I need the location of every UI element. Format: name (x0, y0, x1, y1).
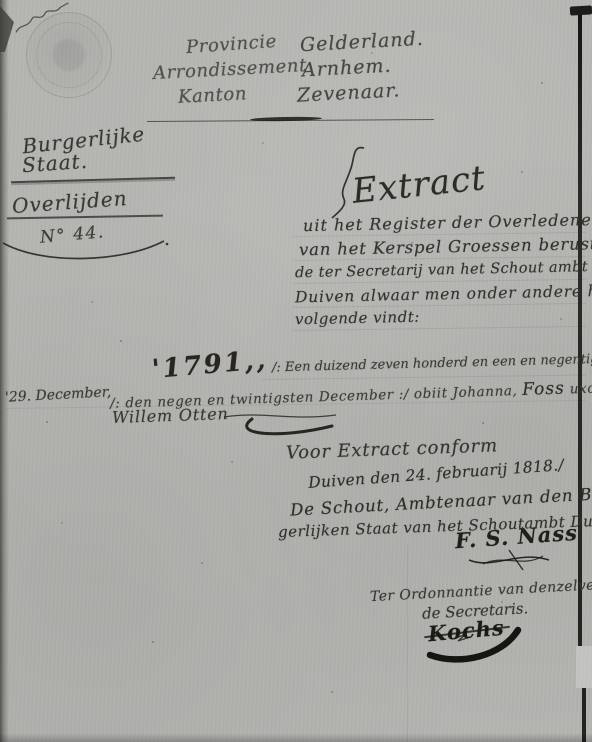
attestation-line: Voor Extract conform (286, 435, 499, 463)
canton-value: Zevenaar. (296, 79, 400, 106)
margin-section-overlijden: Overlijden (11, 186, 128, 218)
canton-label: Kanton (177, 83, 247, 108)
margin-register-title-line2: Staat. (21, 149, 88, 178)
extract-body-line: volgende vindt: (295, 308, 420, 329)
entry-husband-name: Willem Otten (112, 404, 229, 427)
entry-name-foss: Foss (522, 379, 565, 400)
page-right-edge-gap (576, 646, 592, 688)
page-bottom-shadow (0, 733, 592, 742)
arrondissement-label: Arrondissement (153, 55, 308, 84)
page-right-edge-line (578, 13, 582, 646)
entry-year: '1791,, (151, 345, 269, 385)
entry-flourish (222, 411, 340, 439)
arrondissement-value: Arnhem. (301, 55, 392, 82)
margin-underline (11, 177, 175, 184)
page-left-edge (0, 0, 9, 742)
paper-speckles (0, 0, 2, 2)
signature-flourish-heavy (420, 622, 528, 668)
entry-year-gloss: /: Een duizend zeven honderd en een en n… (272, 352, 592, 376)
extract-heading: Extract (350, 158, 487, 212)
document-page: Provincie Gelderland. Arrondissement Arn… (0, 0, 592, 742)
ink-blot (570, 5, 592, 15)
margin-flourish (0, 238, 170, 266)
entry-death-text: uxor. (570, 380, 592, 397)
extract-body-line: de ter Secretarij van het Schout ambt te (295, 259, 592, 282)
signature-flourish (463, 548, 555, 574)
province-label: Provincie (185, 31, 277, 58)
province-value: Gelderland. (300, 28, 425, 56)
fold-crease (407, 545, 408, 742)
entry-margin-date: '29. December, (5, 384, 112, 406)
